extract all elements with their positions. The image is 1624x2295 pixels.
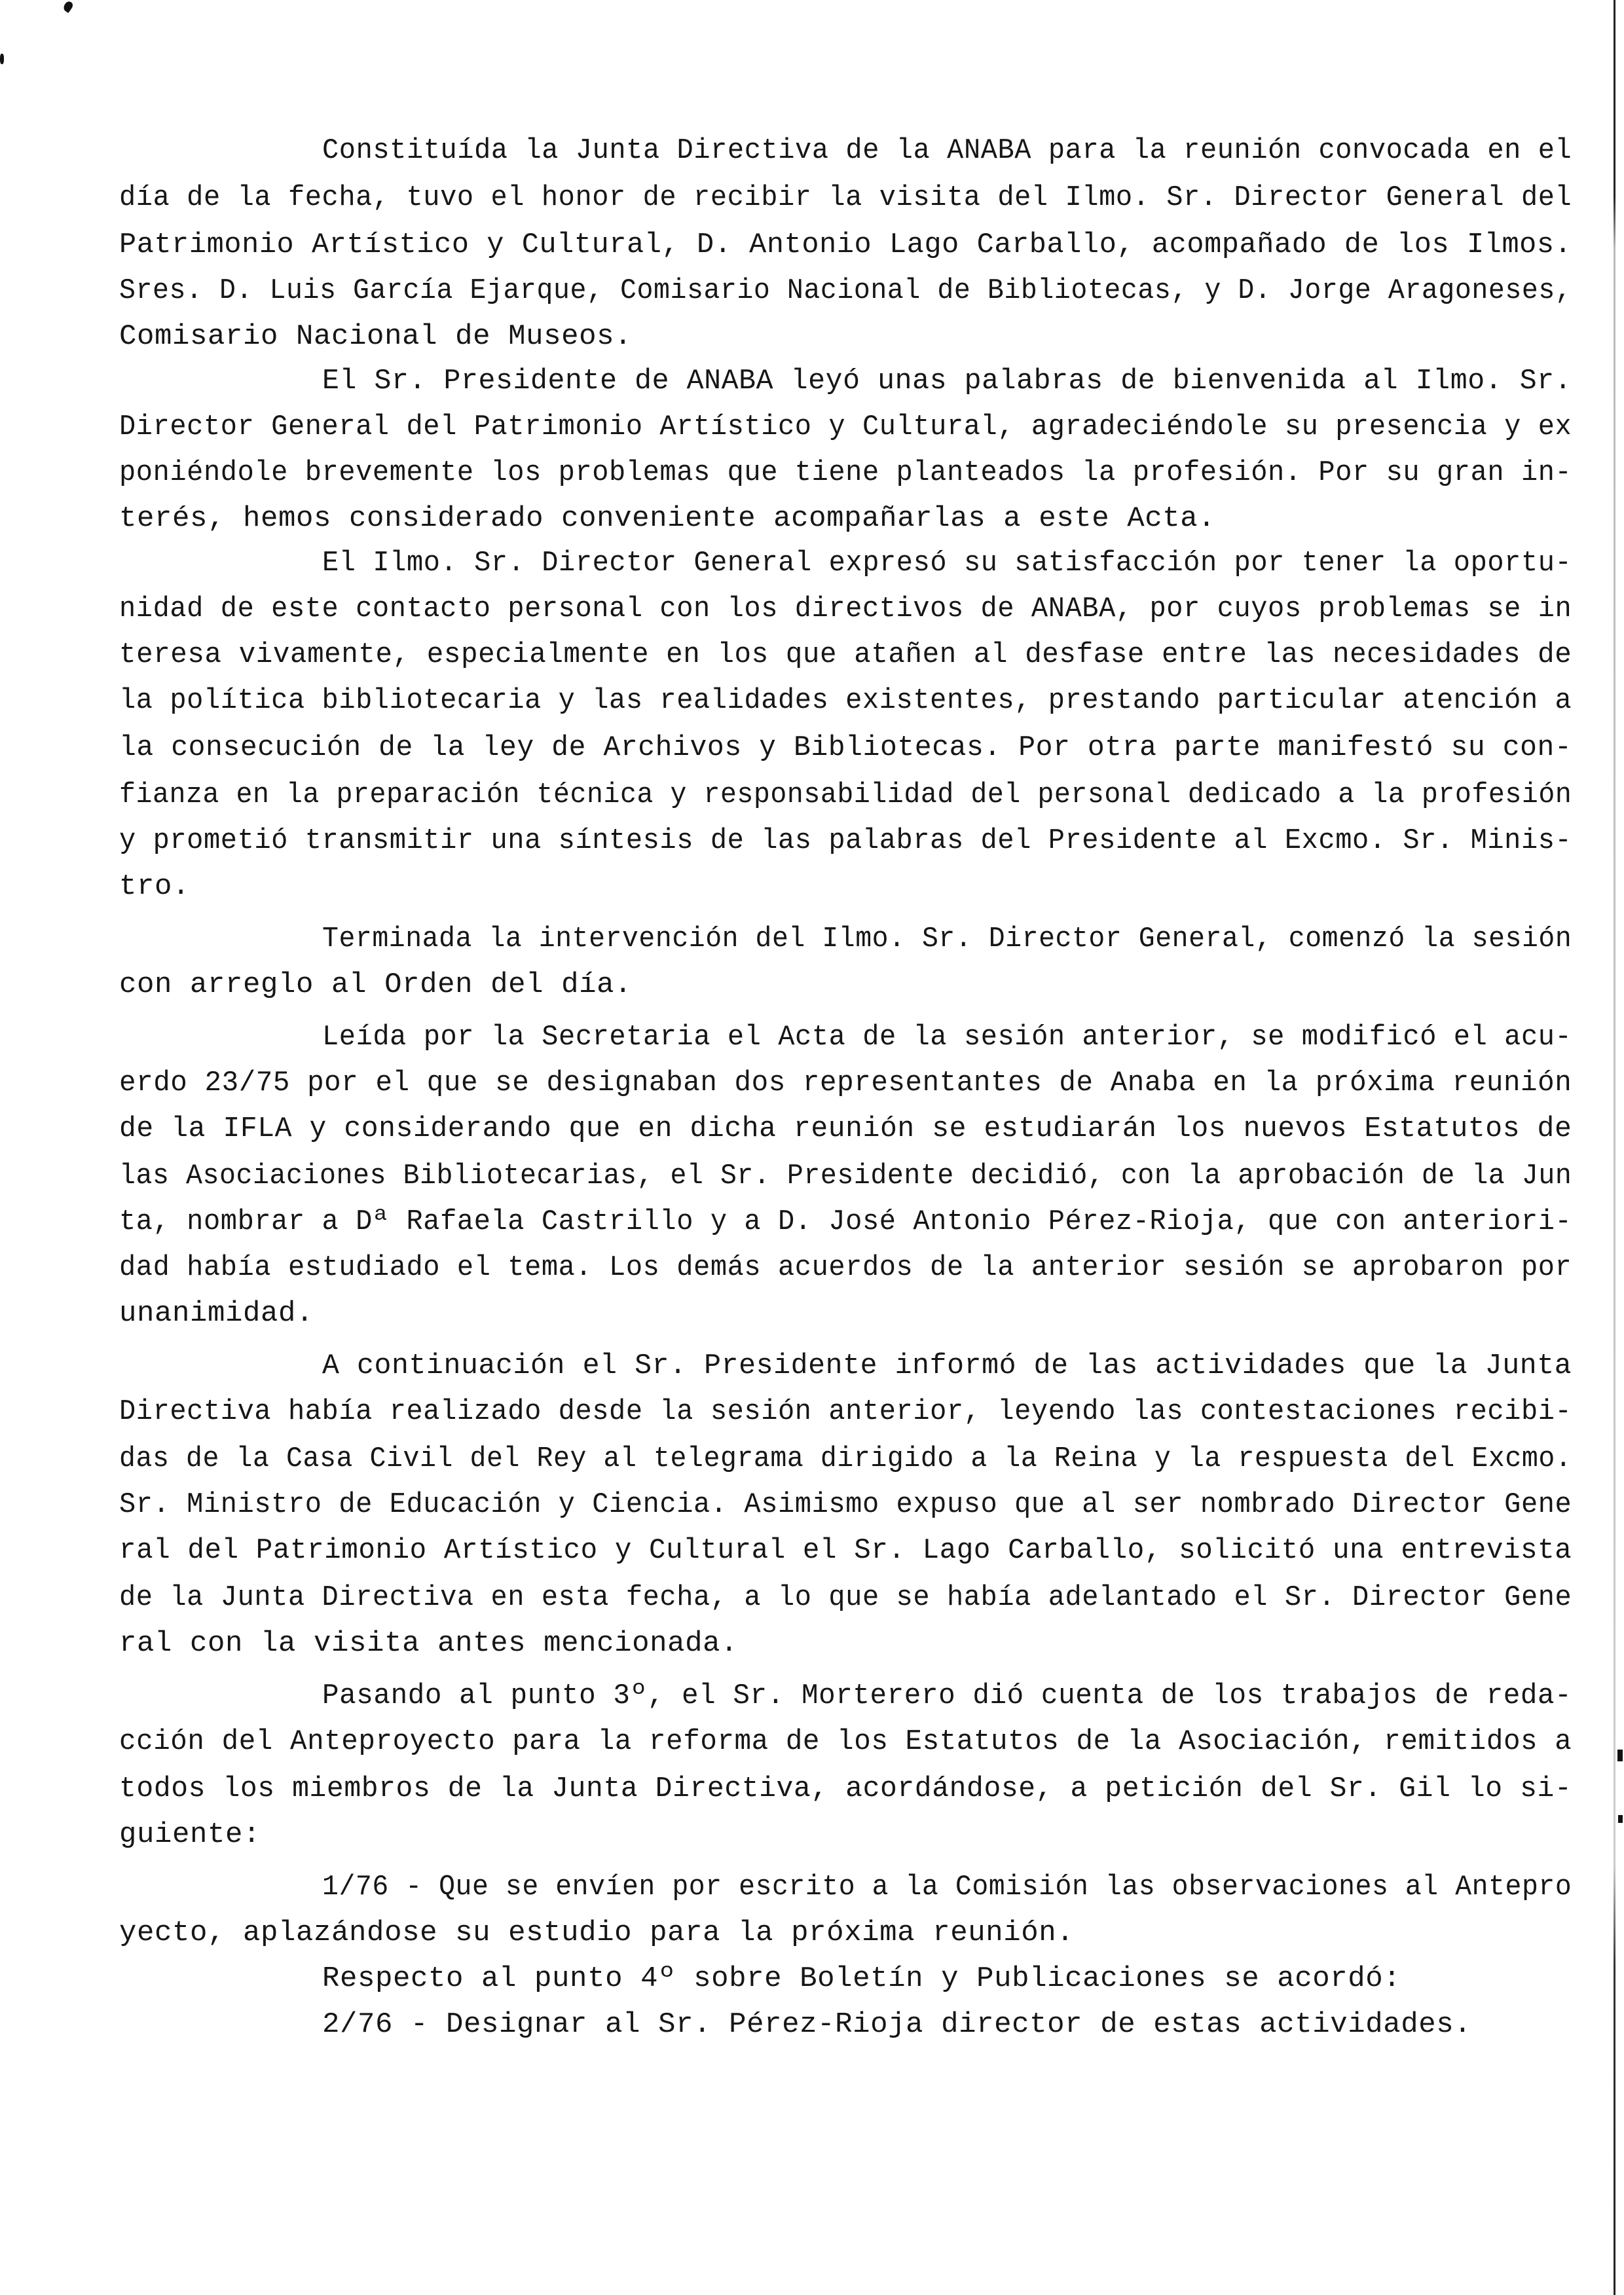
text-line: la política bibliotecaria y las realidad… (119, 681, 1572, 720)
text-line: ta, nombrar a Dª Rafaela Castrillo y a D… (119, 1202, 1572, 1241)
text-line: nidad de este contacto personal con los … (119, 589, 1572, 629)
text-line: las Asociaciones Bibliotecarias, el Sr. … (119, 1156, 1572, 1196)
text-line: guiente: (119, 1815, 261, 1854)
ink-mark (62, 0, 74, 13)
text-line: tro. (119, 867, 190, 906)
text-line: dad había estudiado el tema. Los demás a… (119, 1248, 1572, 1287)
text-line: fianza en la preparación técnica y respo… (119, 775, 1572, 815)
text-line: con arreglo al Orden del día. (119, 965, 632, 1004)
document-page: Constituída la Junta Directiva de la ANA… (0, 0, 1624, 2295)
text-line: la consecución de la ley de Archivos y B… (119, 728, 1572, 767)
text-line: de la IFLA y considerando que en dicha r… (119, 1109, 1572, 1148)
text-line: erdo 23/75 por el que se designaban dos … (119, 1063, 1572, 1103)
text-line: y prometió transmitir una síntesis de la… (119, 821, 1572, 860)
text-line: unanimidad. (119, 1294, 314, 1333)
paragraph-first-line: Pasando al punto 3º, el Sr. Morterero di… (322, 1676, 1572, 1716)
paragraph-first-line: Respecto al punto 4º sobre Boletín y Pub… (322, 1959, 1401, 1998)
text-line: todos los miembros de la Junta Directiva… (119, 1769, 1572, 1808)
text-line: Directiva había realizado desde la sesió… (119, 1392, 1572, 1431)
text-line: Comisario Nacional de Museos. (119, 317, 632, 356)
paragraph-first-line: El Ilmo. Sr. Director General expresó su… (322, 543, 1572, 583)
text-line: de la Junta Directiva en esta fecha, a l… (119, 1578, 1572, 1617)
paragraph-first-line: Leída por la Secretaria el Acta de la se… (322, 1018, 1572, 1057)
text-line: Sres. D. Luis García Ejarque, Comisario … (119, 271, 1572, 310)
paragraph-first-line: A continuación el Sr. Presidente informó… (322, 1346, 1572, 1386)
text-line: Director General del Patrimonio Artístic… (119, 407, 1572, 447)
paragraph-first-line: Terminada la intervención del Ilmo. Sr. … (322, 919, 1572, 959)
text-line: yecto, aplazándose su estudio para la pr… (119, 1913, 1074, 1953)
page-edge-shadow (1614, 0, 1615, 2295)
ink-mark (0, 54, 4, 64)
ink-mark (1617, 1750, 1623, 1761)
text-line: cción del Anteproyecto para la reforma d… (119, 1722, 1572, 1761)
paragraph-first-line: Constituída la Junta Directiva de la ANA… (322, 131, 1572, 170)
text-line: poniéndole brevemente los problemas que … (119, 453, 1572, 492)
text-line: terés, hemos considerado conveniente aco… (119, 499, 1215, 538)
text-line: Patrimonio Artístico y Cultural, D. Anto… (119, 225, 1572, 265)
ink-mark (1618, 1815, 1623, 1823)
text-line: día de la fecha, tuvo el honor de recibi… (119, 178, 1572, 217)
paragraph-first-line: 1/76 - Que se envíen por escrito a la Co… (322, 1867, 1572, 1907)
text-line: Sr. Ministro de Educación y Ciencia. Asi… (119, 1485, 1572, 1524)
text-line: ral del Patrimonio Artístico y Cultural … (119, 1531, 1572, 1570)
paragraph-first-line: 2/76 - Designar al Sr. Pérez-Rioja direc… (322, 2005, 1471, 2044)
text-line: ral con la visita antes mencionada. (119, 1624, 738, 1663)
paragraph-first-line: El Sr. Presidente de ANABA leyó unas pal… (322, 361, 1572, 401)
text-line: teresa vivamente, especialmente en los q… (119, 635, 1572, 674)
text-line: das de la Casa Civil del Rey al telegram… (119, 1439, 1572, 1478)
